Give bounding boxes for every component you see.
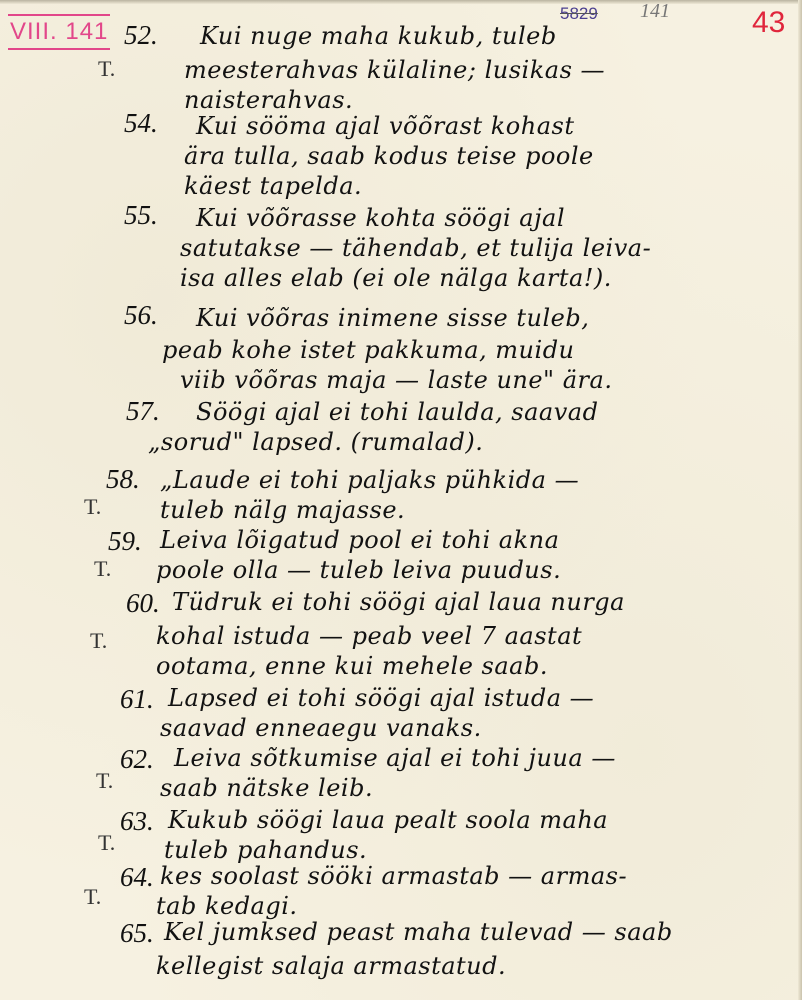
margin-mark-t: T. <box>96 768 113 794</box>
manuscript-page: VIII. 141 5829 141 43 52. T. Kui nuge ma… <box>0 0 802 1000</box>
entry-number: 57. <box>126 396 160 427</box>
margin-mark-t: T. <box>90 628 107 654</box>
entry-number: 64. <box>120 862 154 893</box>
entry-line: Lapsed ei tohi söögi ajal istuda — <box>168 684 594 712</box>
entry-number: 59. <box>108 526 142 557</box>
entry-number: 55. <box>124 200 158 231</box>
entry-line: Söögi ajal ei tohi laulda, saavad <box>196 398 598 426</box>
entry-line: viib võõras maja — laste une" ära. <box>180 366 612 394</box>
margin-mark-t: T. <box>84 884 101 910</box>
margin-mark-t: T. <box>98 56 115 82</box>
entry-line: Kui sööma ajal võõrast kohast <box>196 112 574 140</box>
entry-number: 63. <box>120 806 154 837</box>
entry-number: 65. <box>120 918 154 949</box>
entry-number: 61. <box>120 684 154 715</box>
entry-line: Leiva sõtkumise ajal ei tohi juua — <box>174 744 616 772</box>
entry-line: Kui nuge maha kukub, tuleb <box>200 22 557 50</box>
entry-line: saavad enneaegu vanaks. <box>160 714 482 742</box>
entry-line: meesterahvas külaline; lusikas — <box>184 56 605 84</box>
entry-line: peab kohe istet pakkuma, muidu <box>162 336 575 364</box>
entry-line: ära tulla, saab kodus teise poole <box>184 142 594 170</box>
entry-line: kes soolast sööki armastab — armas- <box>160 862 627 890</box>
entry-number: 58. <box>106 464 140 495</box>
entry-line: Kui võõrasse kohta söögi ajal <box>196 204 565 232</box>
entry-line: saab nätske leib. <box>160 774 373 802</box>
entry-number: 62. <box>120 744 154 775</box>
margin-mark-t: T. <box>94 556 111 582</box>
entry-line: „Laude ei tohi paljaks pühkida — <box>160 466 579 494</box>
entry-line: Leiva lõigatud pool ei tohi akna <box>160 526 559 554</box>
entry-line: kohal istuda — peab veel 7 aastat <box>156 622 582 650</box>
entry-line: ootama, enne kui mehele saab. <box>156 652 548 680</box>
margin-mark-t: T. <box>98 830 115 856</box>
entry-line: käest tapelda. <box>184 172 362 200</box>
entry-list: 52. T. Kui nuge maha kukub, tuleb meeste… <box>0 0 802 1000</box>
entry-line: „sorud" lapsed. (rumalad). <box>148 428 483 456</box>
entry-line: isa alles elab (ei ole nälga karta!). <box>180 264 612 292</box>
entry-line: satutakse — tähendab, et tulija leiva- <box>180 234 651 262</box>
entry-line: tab kedagi. <box>156 892 298 920</box>
entry-line: tuleb nälg majasse. <box>160 496 405 524</box>
entry-line: naisterahvas. <box>184 86 353 114</box>
entry-line: Kukub söögi laua pealt soola maha <box>168 806 608 834</box>
entry-number: 52. <box>124 20 158 51</box>
entry-line: Tüdruk ei tohi söögi ajal laua nurga <box>172 588 625 616</box>
entry-line: kellegist salaja armastatud. <box>156 952 506 980</box>
entry-number: 60. <box>126 588 160 619</box>
entry-number: 56. <box>124 300 158 331</box>
entry-line: Kui võõras inimene sisse tuleb, <box>196 304 589 332</box>
entry-line: tuleb pahandus. <box>164 836 367 864</box>
entry-line: Kel jumksed peast maha tulevad — saab <box>164 918 673 946</box>
margin-mark-t: T. <box>84 494 101 520</box>
entry-line: poole olla — tuleb leiva puudus. <box>156 556 561 584</box>
entry-number: 54. <box>124 108 158 139</box>
